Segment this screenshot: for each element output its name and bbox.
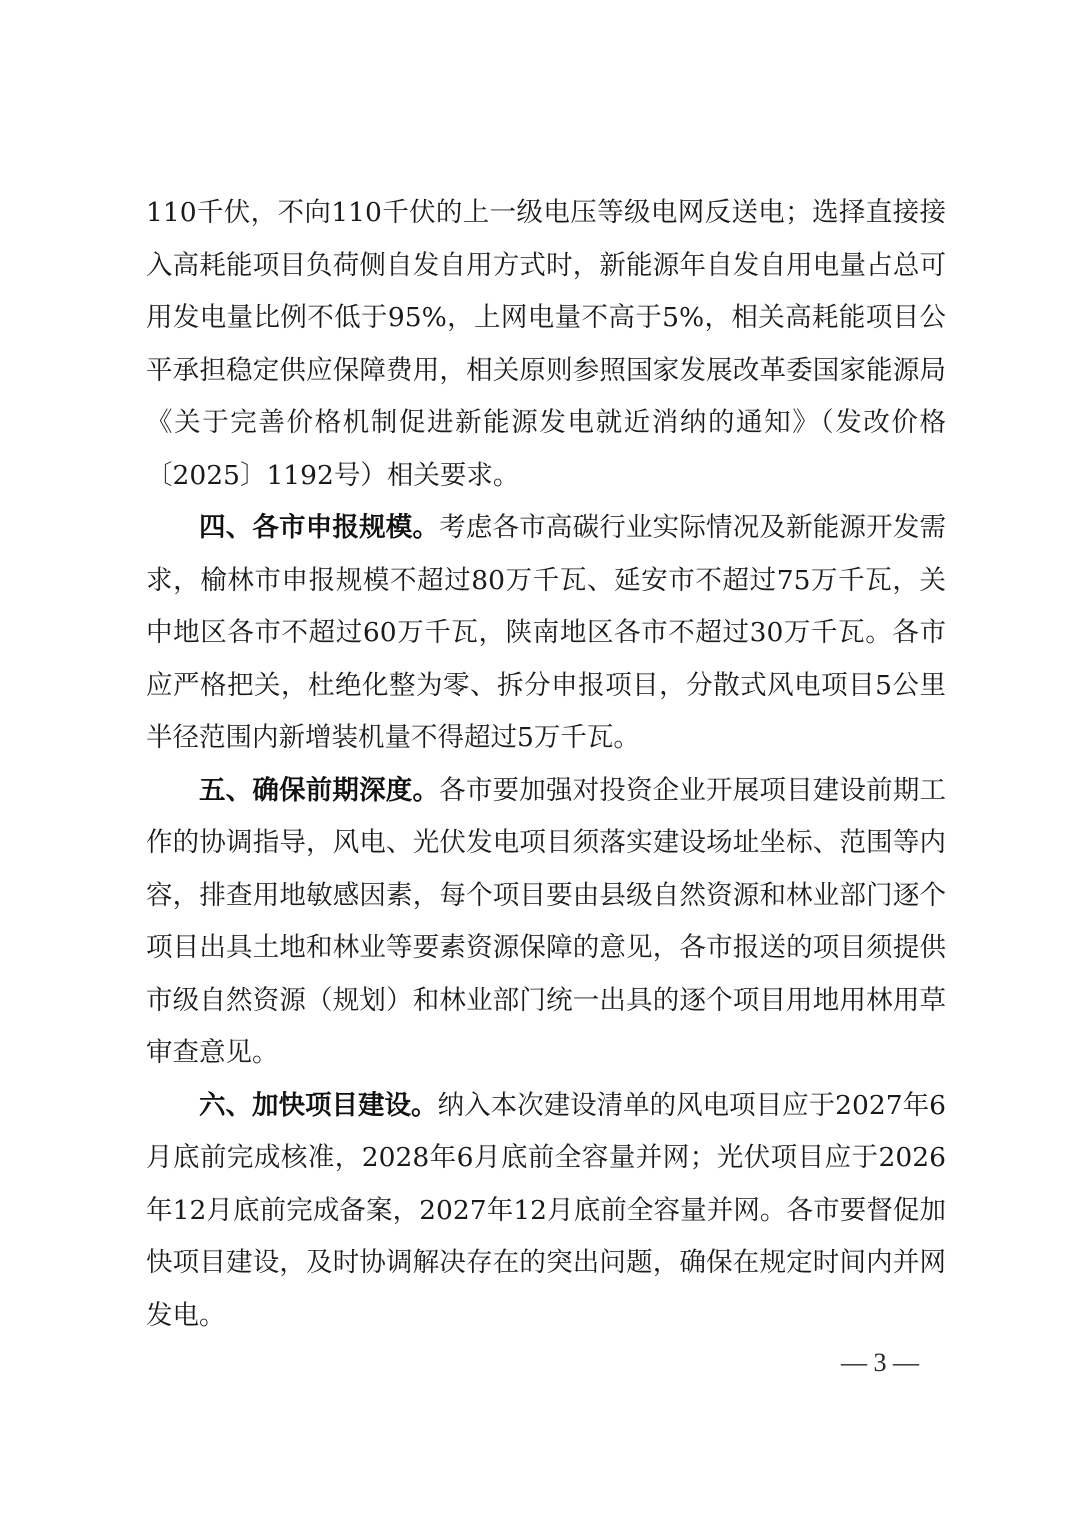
paragraph-section-5: 五、确保前期深度。各市要加强对投资企业开展项目建设前期工作的协调指导，风电、光伏… [146, 765, 946, 1080]
paragraph-text: 110千伏，不向110千伏的上一级电压等级电网反送电；选择直接接入高耗能项目负荷… [146, 197, 946, 491]
document-page: 110千伏，不向110千伏的上一级电压等级电网反送电；选择直接接入高耗能项目负荷… [0, 0, 1080, 1528]
section-heading-6: 六、加快项目建设。 [199, 1090, 438, 1121]
section-heading-4: 四、各市申报规模。 [199, 512, 439, 543]
document-body: 110千伏，不向110千伏的上一级电压等级电网反送电；选择直接接入高耗能项目负荷… [146, 187, 946, 1342]
paragraph-section-6: 六、加快项目建设。纳入本次建设清单的风电项目应于2027年6月底前完成核准，20… [146, 1080, 946, 1343]
paragraph-continuation: 110千伏，不向110千伏的上一级电压等级电网反送电；选择直接接入高耗能项目负荷… [146, 187, 946, 502]
paragraph-text: 纳入本次建设清单的风电项目应于2027年6月底前完成核准，2028年6月底前全容… [146, 1090, 946, 1331]
paragraph-section-4: 四、各市申报规模。考虑各市高碳行业实际情况及新能源开发需求，榆林市申报规模不超过… [146, 502, 946, 765]
section-heading-5: 五、确保前期深度。 [199, 775, 439, 806]
page-number: — 3 — [832, 1348, 928, 1378]
paragraph-text: 考虑各市高碳行业实际情况及新能源开发需求，榆林市申报规模不超过80万千瓦、延安市… [146, 512, 946, 753]
paragraph-text: 各市要加强对投资企业开展项目建设前期工作的协调指导，风电、光伏发电项目须落实建设… [146, 775, 946, 1069]
